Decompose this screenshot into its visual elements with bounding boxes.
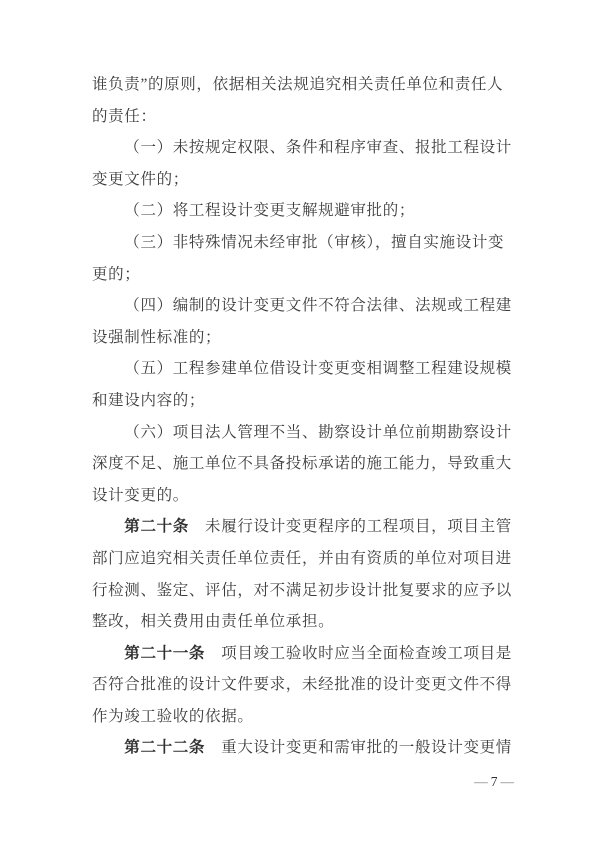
text-line-item-5: （五）工程参建单位借设计变更变相调整工程建设规模	[92, 353, 514, 385]
footer-left-dash: —	[474, 774, 488, 789]
text-line: 否符合批准的设计文件要求，未经批准的设计变更文件不得	[92, 669, 514, 701]
article-22-heading: 第二十二条	[124, 739, 205, 756]
text-line: 和建设内容的；	[92, 385, 514, 417]
text-line-article-22: 第二十二条 重大设计变更和需审批的一般设计变更情	[92, 732, 514, 764]
text-line: 设计变更的。	[92, 480, 514, 512]
article-21-heading: 第二十一条	[124, 645, 205, 662]
article-21-text: 项目竣工验收时应当全面检查竣工项目是	[205, 645, 512, 662]
text-line-item-1: （一）未按规定权限、条件和程序审查、报批工程设计	[92, 132, 514, 164]
footer-right-dash: —	[501, 774, 515, 789]
page-number: 7	[491, 774, 498, 789]
text-line-item-6: （六）项目法人管理不当、勘察设计单位前期勘察设计	[92, 417, 514, 449]
text-line-item-3: （三）非特殊情况未经审批（审核），擅自实施设计变	[92, 227, 514, 259]
text-line: 变更文件的；	[92, 164, 514, 196]
article-20-text: 未履行设计变更程序的工程项目，项目主管	[189, 518, 512, 535]
text-line: 深度不足、施工单位不具备投标承诺的施工能力，导致重大	[92, 448, 514, 480]
article-22-text: 重大设计变更和需审批的一般设计变更情	[205, 739, 512, 756]
text-line-item-2: （二）将工程设计变更支解规避审批的；	[92, 195, 514, 227]
text-line: 行检测、鉴定、评估，对不满足初步设计批复要求的应予以	[92, 575, 514, 607]
text-line-article-20: 第二十条 未履行设计变更程序的工程项目，项目主管	[92, 511, 514, 543]
text-line-article-21: 第二十一条 项目竣工验收时应当全面检查竣工项目是	[92, 638, 514, 670]
text-line: 谁负责”的原则，依据相关法规追究相关责任单位和责任人	[92, 69, 514, 101]
text-line: 作为竣工验收的依据。	[92, 701, 514, 733]
text-line-item-4: （四）编制的设计变更文件不符合法律、法规或工程建	[92, 290, 514, 322]
text-line: 部门应追究相关责任单位责任，并由有资质的单位对项目进	[92, 543, 514, 575]
article-20-heading: 第二十条	[124, 518, 189, 535]
text-line: 整改，相关费用由责任单位承担。	[92, 606, 514, 638]
text-line: 的责任：	[92, 101, 514, 133]
text-line: 设强制性标准的；	[92, 322, 514, 354]
body-text: 谁负责”的原则，依据相关法规追究相关责任单位和责任人 的责任： （一）未按规定权…	[92, 69, 514, 764]
text-line: 更的；	[92, 259, 514, 291]
document-page: 谁负责”的原则，依据相关法规追究相关责任单位和责任人 的责任： （一）未按规定权…	[0, 0, 600, 849]
page-footer: —7—	[92, 772, 514, 792]
